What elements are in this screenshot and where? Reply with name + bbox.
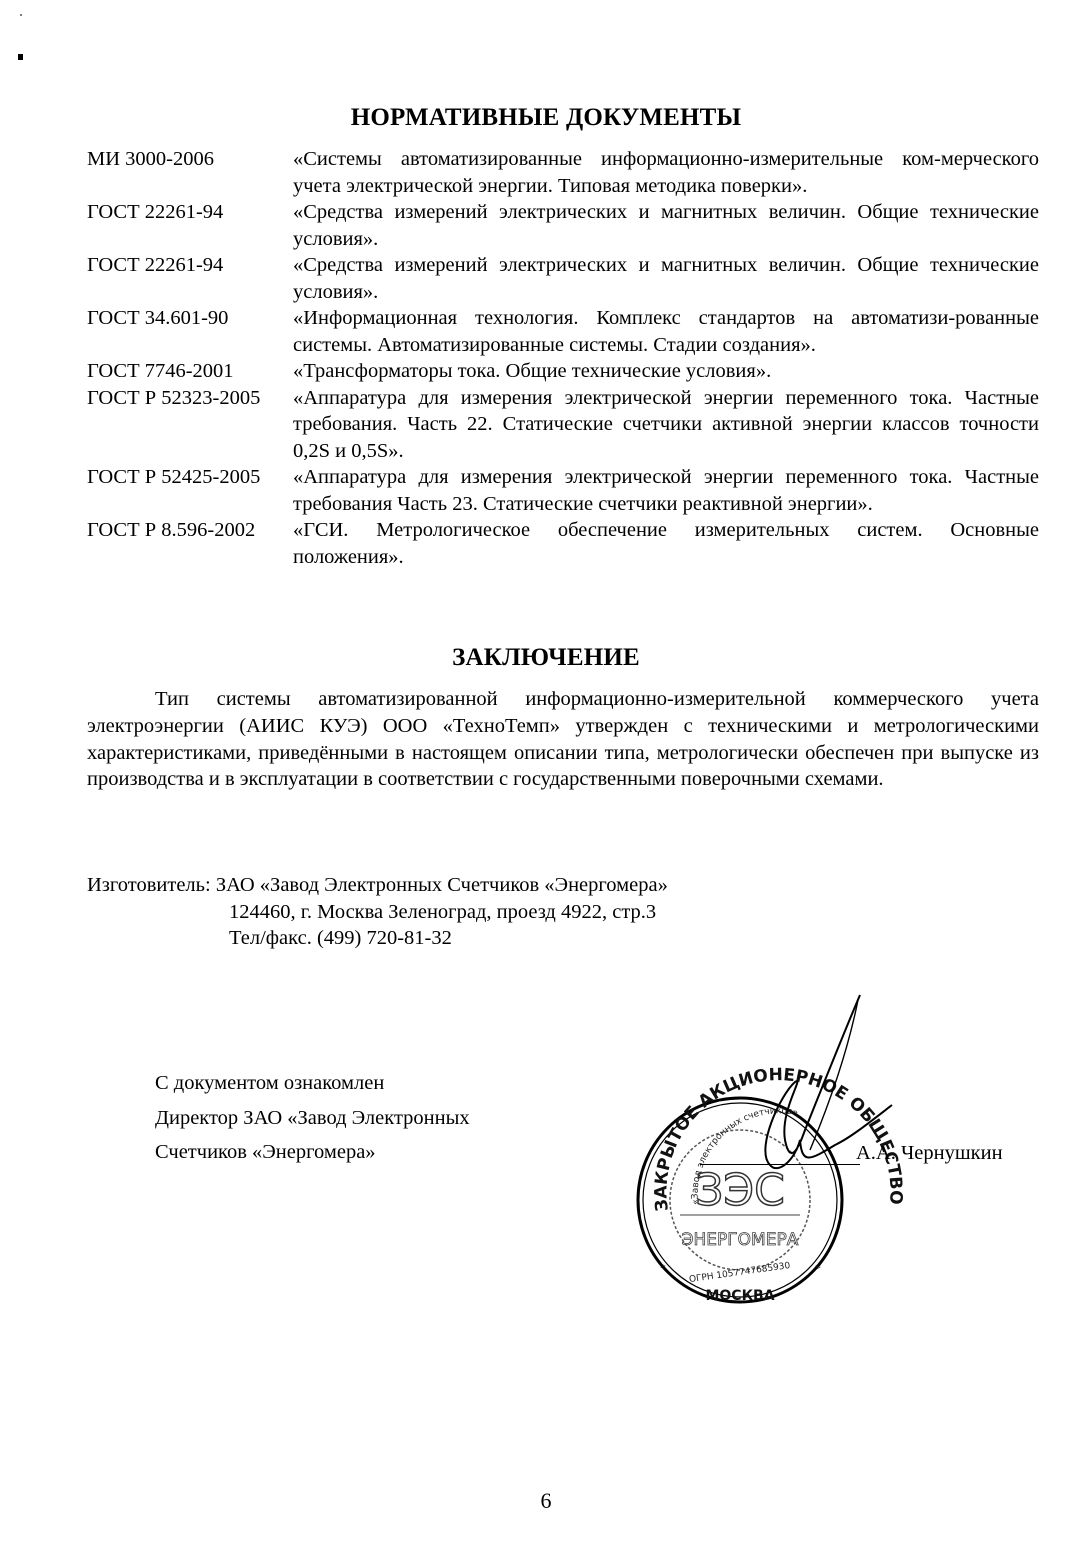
doc-code: ГОСТ Р 52425-2005 [87, 464, 293, 517]
manufacturer-block: Изготовитель: ЗАО «Завод Электронных Сче… [87, 872, 668, 952]
conclusion-paragraph: Тип системы автоматизированной информаци… [87, 686, 1039, 793]
svg-text:*: * [815, 1261, 821, 1275]
ack-position-cont: Счетчиков «Энергомера» [155, 1135, 470, 1170]
doc-row: ГОСТ 22261-94 «Средства измерений электр… [87, 252, 1039, 305]
doc-row: ГОСТ Р 8.596-2002 «ГСИ. Метрологическое … [87, 517, 1039, 570]
doc-description: «Информационная технология. Комплекс ста… [293, 305, 1039, 358]
signature-line [700, 1164, 860, 1165]
doc-description: «Средства измерений электрических и магн… [293, 199, 1039, 252]
ack-line: С документом ознакомлен [155, 1066, 470, 1101]
scan-speck [20, 14, 22, 16]
conclusion-title: ЗАКЛЮЧЕНИЕ [0, 644, 1092, 672]
page-number: 6 [0, 1488, 1092, 1514]
normative-docs-list: МИ 3000-2006 «Системы автоматизированные… [87, 146, 1039, 570]
ack-position: Директор ЗАО «Завод Электронных [155, 1101, 470, 1136]
doc-description: «ГСИ. Метрологическое обеспечение измери… [293, 517, 1039, 570]
svg-text:*: * [660, 1261, 666, 1275]
svg-text:МОСКВА: МОСКВА [705, 1288, 774, 1304]
doc-code: ГОСТ 7746-2001 [87, 358, 293, 385]
doc-code: ГОСТ Р 52323-2005 [87, 385, 293, 465]
svg-text:ЗЭС: ЗЭС [695, 1165, 785, 1216]
doc-description: «Системы автоматизированные информационн… [293, 146, 1039, 199]
svg-text:ЭНЕРГОМЕРА: ЭНЕРГОМЕРА [682, 1230, 799, 1250]
doc-row: ГОСТ 7746-2001 «Трансформаторы тока. Общ… [87, 358, 1039, 385]
scan-speck [18, 54, 23, 60]
doc-description: «Аппаратура для измерения электрической … [293, 385, 1039, 465]
doc-code: ГОСТ 34.601-90 [87, 305, 293, 358]
doc-row: ГОСТ Р 52323-2005 «Аппаратура для измере… [87, 385, 1039, 465]
doc-code: МИ 3000-2006 [87, 146, 293, 199]
doc-code: ГОСТ 22261-94 [87, 199, 293, 252]
doc-description: «Аппаратура для измерения электрической … [293, 464, 1039, 517]
normative-docs-title: НОРМАТИВНЫЕ ДОКУМЕНТЫ [0, 104, 1092, 132]
acknowledgement-block: С документом ознакомлен Директор ЗАО «За… [155, 1066, 470, 1170]
signer-name: А.А. Чернушкин [856, 1142, 1003, 1165]
doc-row: ГОСТ Р 52425-2005 «Аппаратура для измере… [87, 464, 1039, 517]
manufacturer-name: Изготовитель: ЗАО «Завод Электронных Сче… [87, 872, 668, 899]
doc-row: ГОСТ 34.601-90 «Информационная технологи… [87, 305, 1039, 358]
company-stamp-icon: ЗАКРЫТОЕ АКЦИОНЕРНОЕ ОБЩЕСТВО «Завод эле… [630, 990, 930, 1350]
svg-text:ОГРН 1057747685930: ОГРН 1057747685930 [688, 1261, 791, 1285]
doc-row: ГОСТ 22261-94 «Средства измерений электр… [87, 199, 1039, 252]
doc-description: «Трансформаторы тока. Общие технические … [293, 358, 1039, 385]
doc-row: МИ 3000-2006 «Системы автоматизированные… [87, 146, 1039, 199]
doc-description: «Средства измерений электрических и магн… [293, 252, 1039, 305]
doc-code: ГОСТ 22261-94 [87, 252, 293, 305]
manufacturer-address: 124460, г. Москва Зеленоград, проезд 492… [87, 899, 668, 926]
doc-code: ГОСТ Р 8.596-2002 [87, 517, 293, 570]
manufacturer-phone: Тел/факс. (499) 720-81-32 [87, 925, 668, 952]
